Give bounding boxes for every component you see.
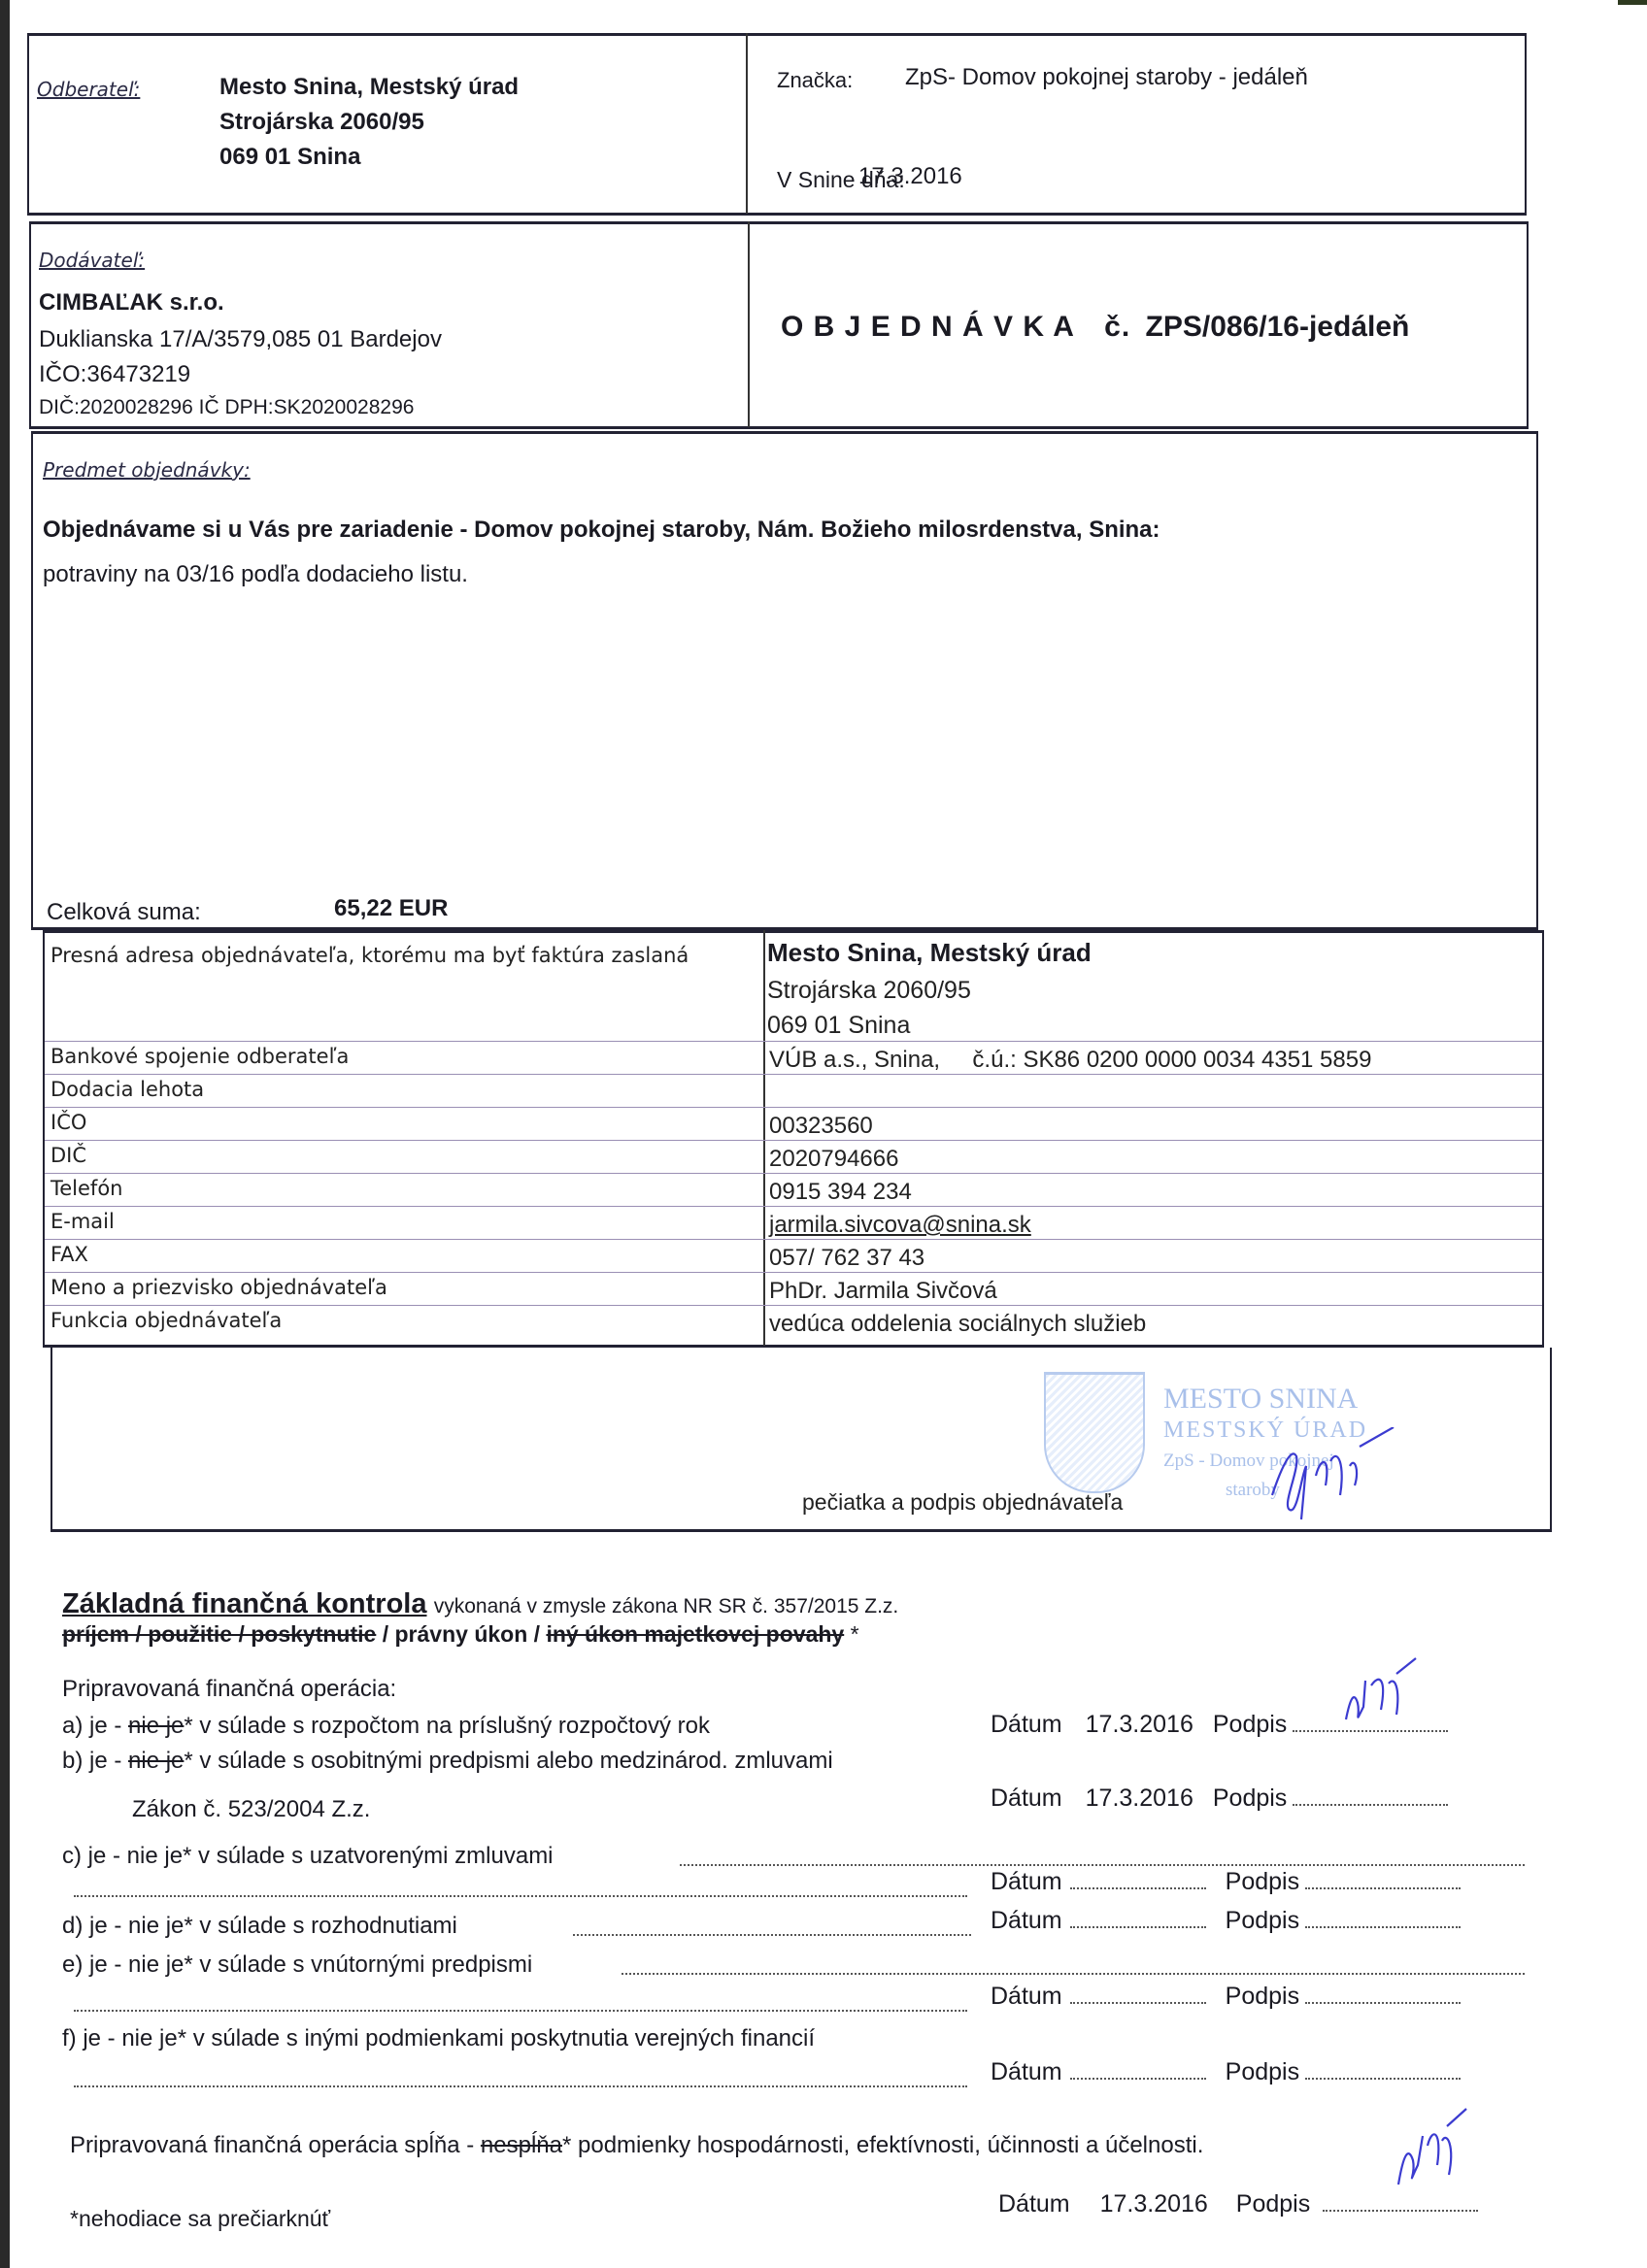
item-text: * v súlade s rozhodnutiami bbox=[184, 1913, 456, 1939]
datum-field[interactable] bbox=[1070, 2078, 1206, 2080]
item-prefix: b) je - bbox=[62, 1748, 128, 1774]
detail-label: Meno a priezvisko objednávateľa bbox=[50, 1276, 387, 1299]
type-kept: právny úkon bbox=[395, 1621, 528, 1647]
subject-box bbox=[31, 431, 1538, 930]
order-number: ZPS/086/16-jedáleň bbox=[1146, 311, 1410, 343]
item-prefix: a) je - bbox=[62, 1713, 128, 1739]
control-title-rest: vykonaná v zmysle zákona NR SR č. 357/20… bbox=[434, 1595, 899, 1618]
row-divider bbox=[45, 1305, 1542, 1306]
supplier-ico: IČO:36473219 bbox=[39, 361, 190, 388]
order-number-prefix: č. bbox=[1104, 311, 1130, 343]
podpis-label: Podpis bbox=[1226, 1907, 1299, 1934]
datum-field[interactable] bbox=[1070, 1887, 1206, 1889]
control-title: Základná finančná kontrola bbox=[62, 1588, 426, 1619]
datum-field[interactable] bbox=[1070, 1926, 1206, 1928]
type-struck-2: iný úkon majetkovej povahy bbox=[546, 1621, 844, 1647]
odberatel-street: Strojárska 2060/95 bbox=[219, 109, 424, 136]
detail-value: PhDr. Jarmila Sivčová bbox=[769, 1278, 997, 1305]
row-divider bbox=[45, 1140, 1542, 1141]
control-item: d) je - nie je* v súlade s rozhodnutiami bbox=[62, 1913, 457, 1940]
email-link[interactable]: jarmila.sivcova@snina.sk bbox=[769, 1212, 1031, 1239]
final-datum-label: Dátum bbox=[998, 2190, 1070, 2218]
item-fill-line[interactable] bbox=[680, 1864, 1525, 1866]
detail-label: IČO bbox=[50, 1111, 86, 1134]
item-fill-line[interactable] bbox=[622, 1973, 1525, 1975]
item-text: * v súlade s rozpočtom na príslušný rozp… bbox=[184, 1713, 710, 1739]
detail-value: 0915 394 234 bbox=[769, 1179, 912, 1206]
item-fill-line[interactable] bbox=[74, 1895, 967, 1897]
invoice-name: Mesto Snina, Mestský úrad bbox=[767, 938, 1092, 968]
control-item: c) je - nie je* v súlade s uzatvorenými … bbox=[62, 1843, 554, 1870]
final-datum-row: Dátum 17.3.2016 Podpis bbox=[998, 2190, 1478, 2218]
datum-row: Dátum17.3.2016Podpis bbox=[991, 1784, 1448, 1813]
datum-row: DátumPodpis bbox=[991, 2058, 1461, 2086]
detail-label: Bankové spojenie odberateľa bbox=[50, 1045, 349, 1068]
datum-label: Dátum bbox=[991, 1983, 1062, 2010]
detail-label: Funkcia objednávateľa bbox=[50, 1309, 282, 1332]
signature-field[interactable] bbox=[1305, 1926, 1461, 1928]
detail-value: vedúca oddelenia sociálnych služieb bbox=[769, 1311, 1146, 1338]
item-sub: Zákon č. 523/2004 Z.z. bbox=[132, 1796, 370, 1823]
type-sep-1: / bbox=[376, 1621, 394, 1647]
control-item: f) je - nie je* v súlade s inými podmien… bbox=[62, 2025, 815, 2052]
subject-line2: potraviny na 03/16 podľa dodacieho listu… bbox=[43, 561, 468, 588]
supplier-dic: DIČ:2020028296 IČ DPH:SK2020028296 bbox=[39, 396, 414, 419]
datum-label: Dátum bbox=[991, 1711, 1062, 1738]
datum-value: 17.3.2016 bbox=[1086, 1711, 1193, 1738]
type-star: * bbox=[844, 1621, 858, 1647]
detail-value: 00323560 bbox=[769, 1113, 873, 1140]
datum-row: DátumPodpis bbox=[991, 1983, 1461, 2011]
datum-value: 17.3.2016 bbox=[1086, 1784, 1193, 1812]
row-divider bbox=[45, 1206, 1542, 1207]
control-item: e) je - nie je* v súlade s vnútornými pr… bbox=[62, 1951, 532, 1979]
row-divider bbox=[45, 1272, 1542, 1273]
order-title: O B J E D N Á V K A č. ZPS/086/16-jedále… bbox=[781, 311, 1409, 344]
detail-label: Telefón bbox=[50, 1177, 122, 1200]
signature-icon bbox=[1262, 1427, 1398, 1524]
final-date: 17.3.2016 bbox=[1100, 2190, 1208, 2218]
detail-label: Dodacia lehota bbox=[50, 1078, 204, 1101]
row-divider bbox=[45, 1239, 1542, 1240]
detail-label: E-mail bbox=[50, 1210, 115, 1233]
item-struck: nie je bbox=[128, 1748, 184, 1774]
date-value: 17.3.2016 bbox=[858, 163, 962, 190]
footnote: *nehodiace sa prečiarknúť bbox=[70, 2206, 330, 2232]
podpis-label: Podpis bbox=[1213, 1711, 1287, 1738]
row-divider bbox=[45, 1041, 1542, 1042]
item-struck: nie je bbox=[128, 1713, 184, 1739]
row-divider bbox=[45, 1074, 1542, 1075]
type-sep-2: / bbox=[527, 1621, 546, 1647]
final-signature-field[interactable] bbox=[1323, 2210, 1478, 2212]
odberatel-name: Mesto Snina, Mestský úrad bbox=[219, 74, 519, 101]
subject-label: Predmet objednávky: bbox=[43, 458, 251, 482]
total-value: 65,22 EUR bbox=[334, 895, 448, 922]
row-divider bbox=[45, 1107, 1542, 1108]
item-fill-line[interactable] bbox=[74, 2085, 967, 2087]
signature-icon bbox=[1389, 2107, 1476, 2194]
znacka-value: ZpS- Domov pokojnej staroby - jedáleň bbox=[905, 64, 1308, 91]
invoice-street: Strojárska 2060/95 bbox=[767, 977, 971, 1005]
control-final: Pripravovaná finančná operácia spĺňa - n… bbox=[70, 2132, 1203, 2159]
control-type-line: príjem / použitie / poskytnutie / právny… bbox=[62, 1621, 859, 1648]
type-struck-1: príjem / použitie / poskytnutie bbox=[62, 1621, 376, 1647]
supplier-address: Duklianska 17/A/3579,085 01 Bardejov bbox=[39, 326, 442, 353]
final-pre: Pripravovaná finančná operácia spĺňa - bbox=[70, 2132, 481, 2158]
item-text: * v súlade s vnútornými predpismi bbox=[184, 1951, 532, 1978]
scan-edge bbox=[0, 0, 10, 2268]
datum-row: DátumPodpis bbox=[991, 1907, 1461, 1935]
details-divider bbox=[763, 930, 765, 1346]
final-post: * podmienky hospodárnosti, efektívnosti,… bbox=[562, 2132, 1203, 2158]
city-coat-of-arms-stamp bbox=[1044, 1372, 1145, 1493]
subject-line1: Objednávame si u Vás pre zariadenie - Do… bbox=[43, 517, 1160, 544]
detail-value: 2020794666 bbox=[769, 1146, 898, 1173]
row-divider bbox=[45, 1173, 1542, 1174]
datum-label: Dátum bbox=[991, 2058, 1062, 2085]
item-text: * v súlade s uzatvorenými zmluvami bbox=[183, 1843, 553, 1869]
invoice-city: 069 01 Snina bbox=[767, 1012, 910, 1040]
scan-mark bbox=[1618, 0, 1647, 5]
odberatel-label: Odberateľ: bbox=[37, 78, 140, 101]
supplier-name: CIMBAĽAK s.r.o. bbox=[39, 289, 224, 317]
datum-label: Dátum bbox=[991, 1784, 1062, 1812]
datum-label: Dátum bbox=[991, 1868, 1062, 1895]
znacka-label: Značka: bbox=[777, 68, 853, 93]
podpis-label: Podpis bbox=[1226, 1983, 1299, 2010]
control-item: a) je - nie je* v súlade s rozpočtom na … bbox=[62, 1713, 710, 1740]
final-struck: nespĺňa bbox=[481, 2132, 562, 2158]
datum-field[interactable] bbox=[1070, 2002, 1206, 2004]
signature-field[interactable] bbox=[1305, 1887, 1461, 1889]
item-prefix: e) je - nie je bbox=[62, 1951, 184, 1978]
supplier-divider bbox=[748, 221, 750, 427]
podpis-label: Podpis bbox=[1213, 1784, 1287, 1812]
datum-label: Dátum bbox=[991, 1907, 1062, 1934]
item-prefix: d) je - nie je bbox=[62, 1913, 184, 1939]
supplier-label: Dodávateľ: bbox=[39, 249, 145, 272]
detail-label: DIČ bbox=[50, 1144, 86, 1167]
invoice-address-label: Presná adresa objednávateľa, ktorému ma … bbox=[50, 944, 689, 967]
signature-icon bbox=[1336, 1656, 1443, 1734]
signature-field[interactable] bbox=[1305, 2002, 1461, 2004]
total-label: Celková suma: bbox=[47, 899, 201, 926]
control-title-line: Základná finančná kontrola vykonaná v zm… bbox=[62, 1588, 898, 1620]
signature-field[interactable] bbox=[1305, 2078, 1461, 2080]
final-podpis-label: Podpis bbox=[1236, 2190, 1310, 2218]
podpis-label: Podpis bbox=[1226, 1868, 1299, 1895]
item-fill-line[interactable] bbox=[74, 2010, 967, 2012]
detail-value: 057/ 762 37 43 bbox=[769, 1245, 924, 1272]
item-prefix: c) je - nie je bbox=[62, 1843, 183, 1869]
stamp-caption: pečiatka a podpis objednávateľa bbox=[802, 1489, 1123, 1516]
control-item: b) je - nie je* v súlade s osobitnými pr… bbox=[62, 1748, 833, 1775]
signature-field[interactable] bbox=[1293, 1804, 1448, 1806]
datum-row: DátumPodpis bbox=[991, 1868, 1461, 1896]
header-divider bbox=[746, 33, 748, 214]
item-fill-line[interactable] bbox=[573, 1934, 971, 1936]
item-prefix: f) je - nie je bbox=[62, 2025, 178, 2051]
item-text: * v súlade s osobitnými predpismi alebo … bbox=[184, 1748, 832, 1774]
odberatel-city: 069 01 Snina bbox=[219, 144, 360, 171]
control-intro: Pripravovaná finančná operácia: bbox=[62, 1676, 396, 1703]
order-title-text: O B J E D N Á V K A bbox=[781, 311, 1074, 343]
podpis-label: Podpis bbox=[1226, 2058, 1299, 2085]
detail-label: FAX bbox=[50, 1243, 88, 1266]
detail-value: VÚB a.s., Snina, č.ú.: SK86 0200 0000 00… bbox=[769, 1047, 1371, 1074]
stamp-line1: MESTO SNINA bbox=[1163, 1383, 1358, 1416]
item-text: * v súlade s inými podmienkami poskytnut… bbox=[178, 2025, 815, 2051]
